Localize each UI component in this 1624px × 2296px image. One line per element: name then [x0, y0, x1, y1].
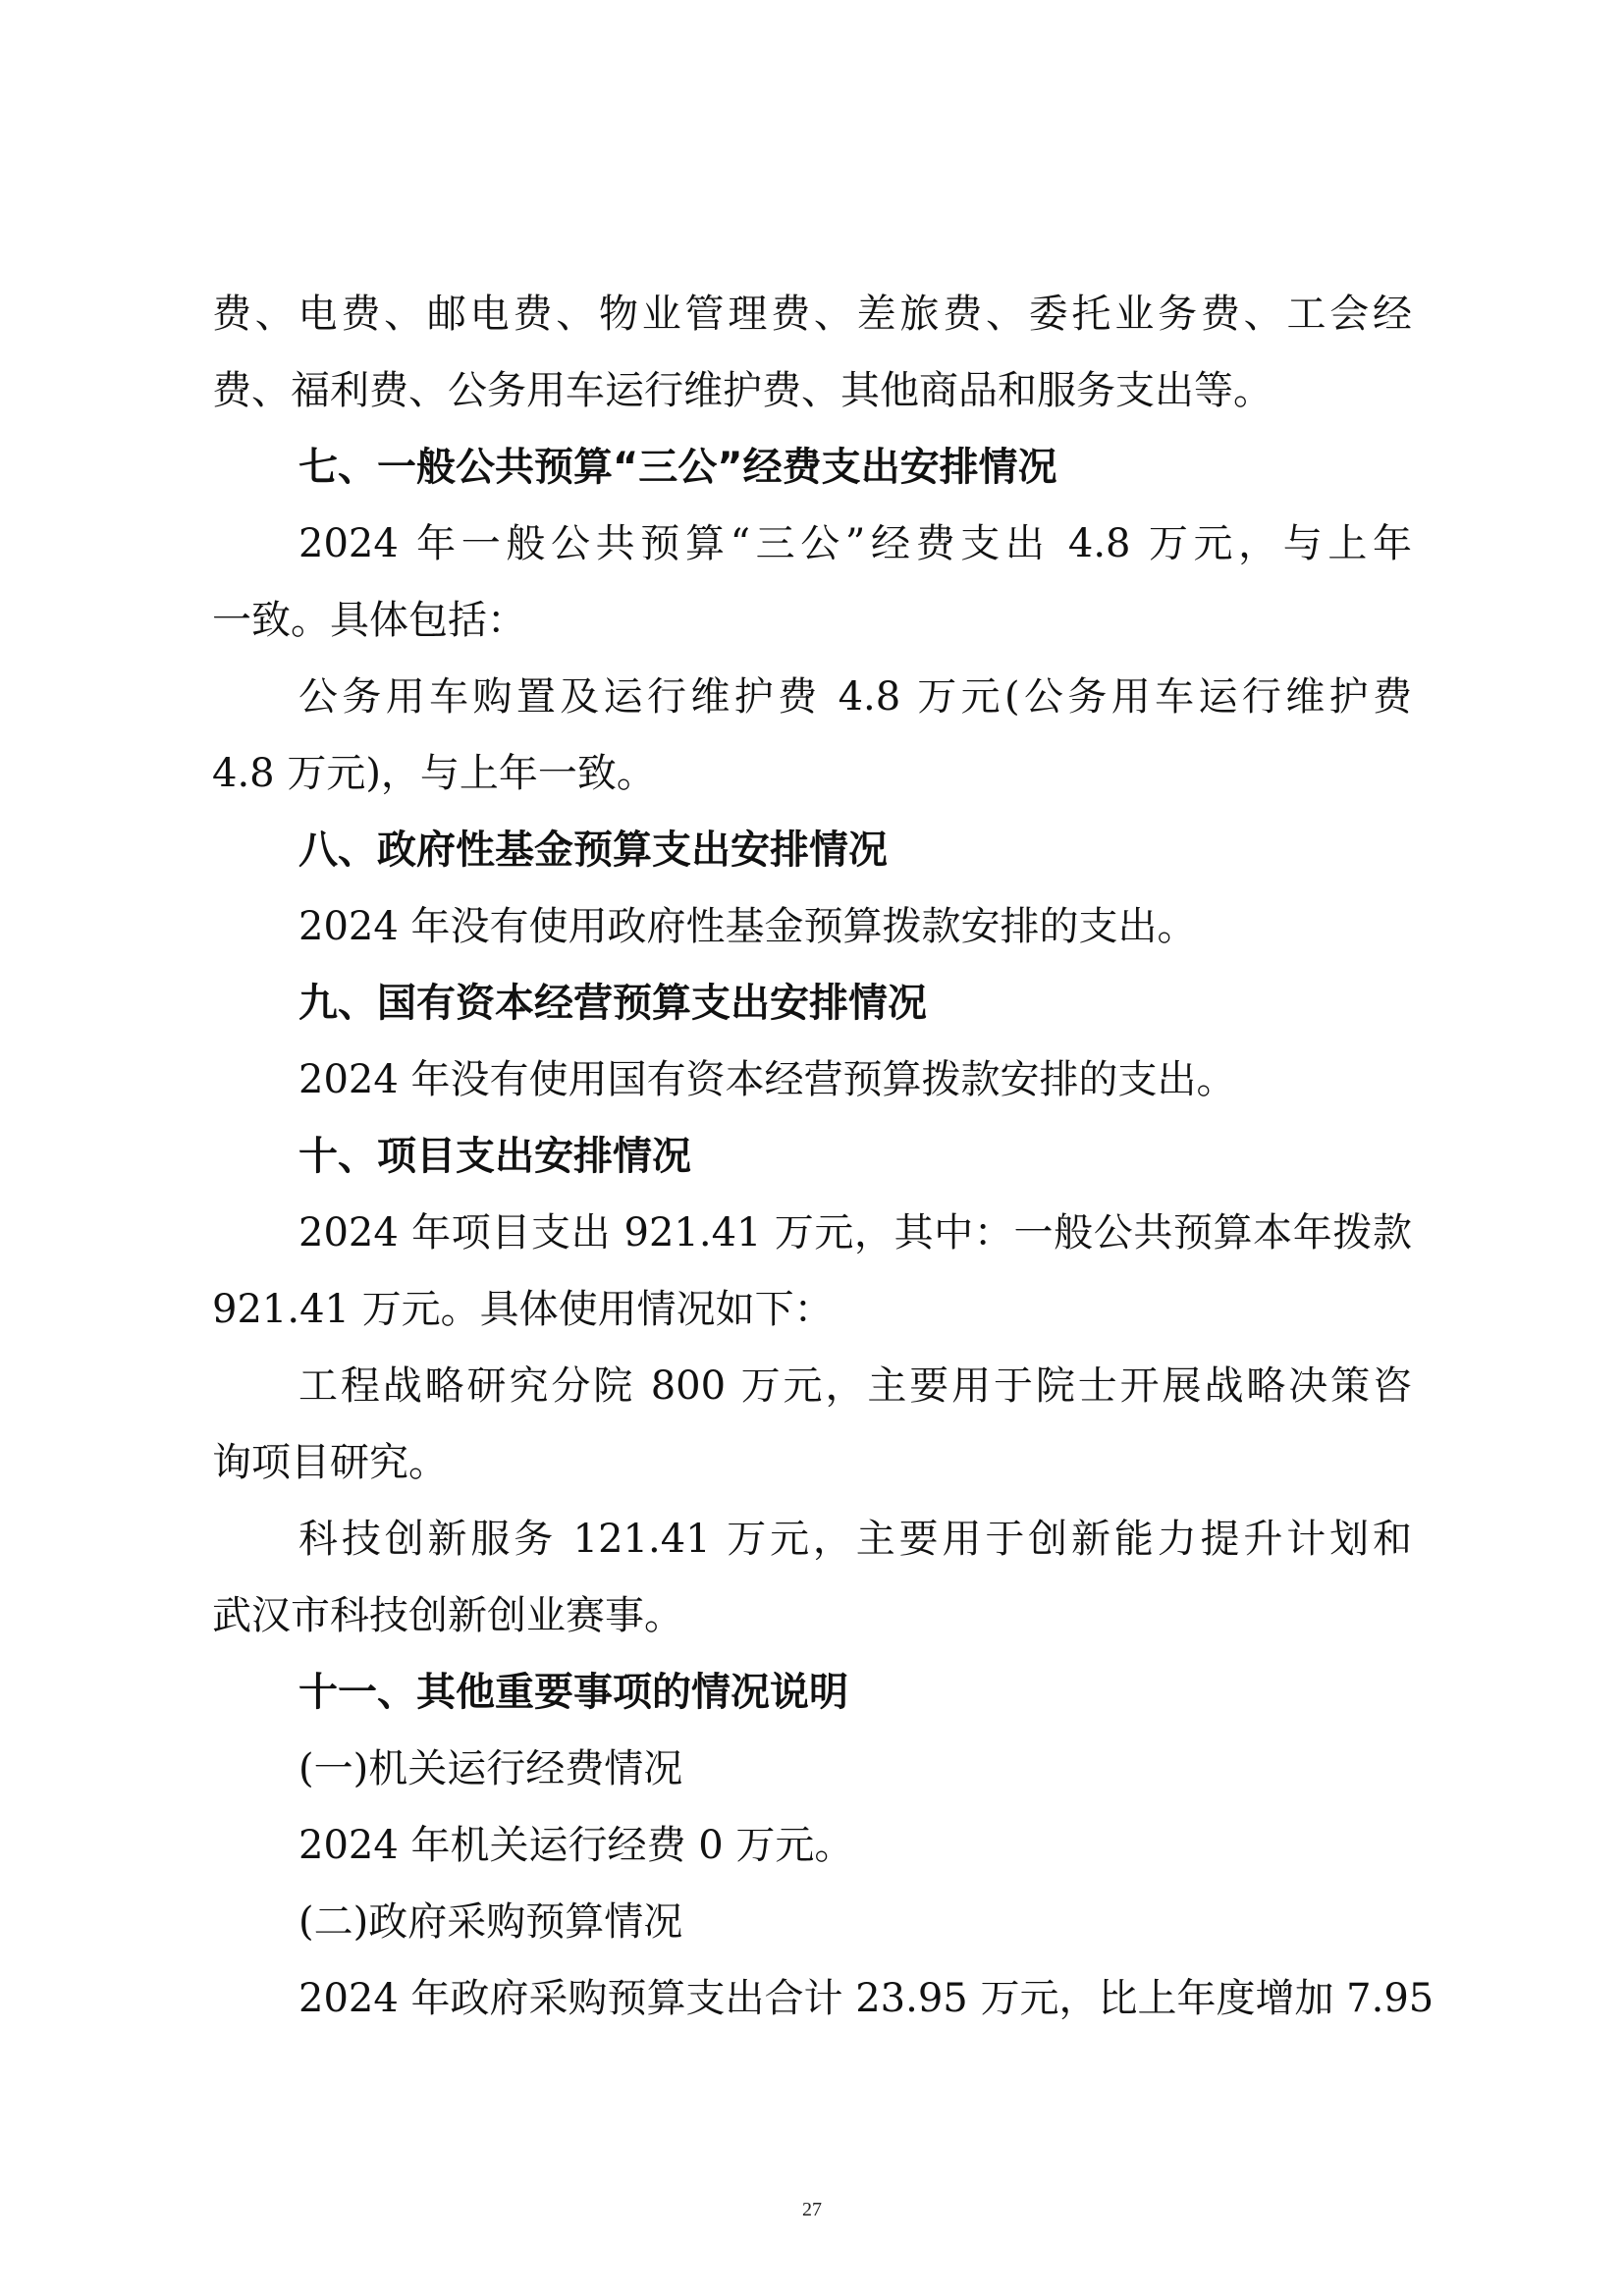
subsection-heading-2: (二)政府采购预算情况: [298, 1884, 1412, 1960]
body-line: 费、福利费、公务用车运行维护费、其他商品和服务支出等。: [212, 352, 1412, 429]
body-line: 2024 年没有使用国有资本经营预算拨款安排的支出。: [298, 1041, 1412, 1118]
body-line: 2024 年政府采购预算支出合计 23.95 万元，比上年度增加 7.95: [298, 1960, 1412, 2037]
subsection-heading-1: (一)机关运行经费情况: [298, 1731, 1412, 1807]
body-line: 2024 年项目支出 921.41 万元，其中：一般公共预算本年拨款: [298, 1195, 1412, 1271]
body-line: 询项目研究。: [212, 1424, 1412, 1501]
body-line: 2024 年机关运行经费 0 万元。: [298, 1807, 1412, 1884]
section-heading-11: 十一、其他重要事项的情况说明: [298, 1654, 1412, 1731]
section-heading-9: 九、国有资本经营预算支出安排情况: [298, 965, 1412, 1041]
section-heading-10: 十、项目支出安排情况: [298, 1118, 1412, 1195]
body-line: 科技创新服务 121.41 万元，主要用于创新能力提升计划和: [298, 1501, 1412, 1577]
page-number: 27: [0, 2199, 1624, 2221]
body-line: 4.8 万元)，与上年一致。: [212, 735, 1412, 812]
body-line: 公务用车购置及运行维护费 4.8 万元(公务用车运行维护费: [298, 659, 1412, 735]
section-heading-7: 七、一般公共预算“三公”经费支出安排情况: [298, 429, 1412, 506]
body-line: 工程战略研究分院 800 万元，主要用于院士开展战略决策咨: [298, 1348, 1412, 1424]
body-line: 费、电费、邮电费、物业管理费、差旅费、委托业务费、工会经: [212, 276, 1412, 352]
body-line: 一致。具体包括：: [212, 582, 1412, 659]
body-line: 2024 年一般公共预算“三公”经费支出 4.8 万元，与上年: [298, 506, 1412, 582]
section-heading-8: 八、政府性基金预算支出安排情况: [298, 812, 1412, 888]
body-line: 2024 年没有使用政府性基金预算拨款安排的支出。: [298, 888, 1412, 965]
body-line: 武汉市科技创新创业赛事。: [212, 1577, 1412, 1654]
body-line: 921.41 万元。具体使用情况如下：: [212, 1271, 1412, 1348]
